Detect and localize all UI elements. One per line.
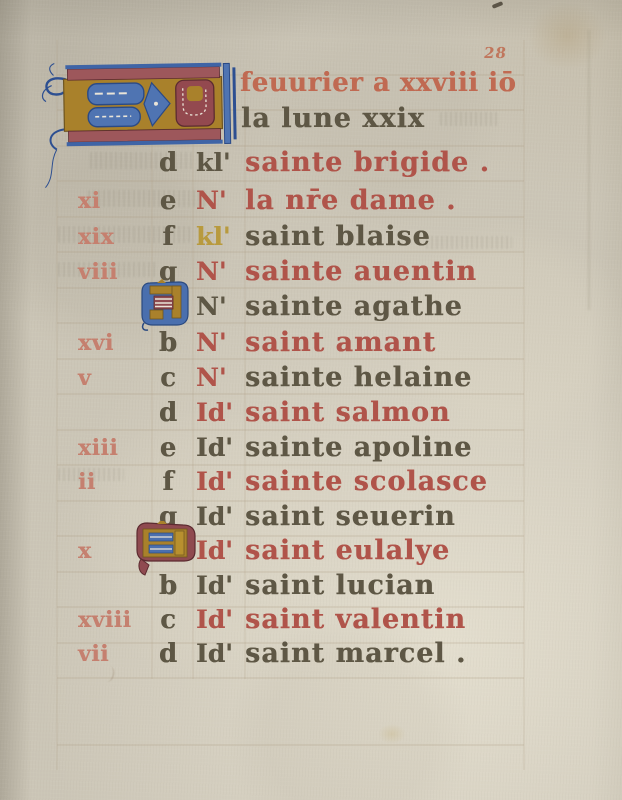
saint-name-cell: sainte scolasce xyxy=(245,465,488,499)
saint-name-cell: sainte helaine xyxy=(245,361,472,395)
golden-number-cell: v xyxy=(78,361,148,395)
calendar-row: iifId'sainte scolasce xyxy=(0,465,622,501)
saint-name-cell: sainte apoline xyxy=(245,431,472,465)
saint-name-cell: sainte brigide . xyxy=(245,146,490,180)
dominical-letter-cell: e xyxy=(150,431,186,465)
golden-number-cell: xix xyxy=(78,220,148,254)
golden-number-cell: vii xyxy=(78,637,148,671)
calendar-row: viidId'saint marcel . xyxy=(0,637,622,673)
saint-name-cell: saint seuerin xyxy=(245,500,456,534)
dominical-letter-cell: d xyxy=(150,637,186,671)
dominical-letter-cell: b xyxy=(150,326,186,360)
abbreviation-cell: kl' xyxy=(196,220,248,254)
dominical-letter-cell: c xyxy=(150,361,186,395)
abbreviation-cell: Id' xyxy=(196,465,248,499)
dominical-letter-cell: f xyxy=(150,465,186,499)
abbreviation-cell: Id' xyxy=(196,637,248,671)
dominical-letter-cell: c xyxy=(150,603,186,637)
saint-name-cell: saint lucian xyxy=(245,569,435,603)
saint-name-cell: saint amant xyxy=(245,326,436,360)
calendar-row: x Id'saint eulalye xyxy=(0,534,622,570)
saint-name-cell: saint blaise xyxy=(245,220,431,254)
dominical-letter-cell: d xyxy=(150,146,186,180)
calendar-row: dId'saint salmon xyxy=(0,396,622,432)
saint-name-cell: sainte agathe xyxy=(245,290,463,324)
manuscript-page: 28 feuurier a xxviii iō la lune xxix dkl… xyxy=(0,0,622,800)
calendar-rows: dkl'sainte brigide .xieN'la nr̄e dame .x… xyxy=(0,0,622,800)
calendar-row: bId'saint lucian xyxy=(0,569,622,605)
calendar-row: gId'saint seuerin xyxy=(0,500,622,536)
abbreviation-cell: Id' xyxy=(196,569,248,603)
saint-name-cell: sainte auentin xyxy=(245,255,477,289)
abbreviation-cell: N' xyxy=(196,326,248,360)
golden-number-cell: xviii xyxy=(78,603,148,637)
calendar-row: xvibN'saint amant xyxy=(0,326,622,362)
abbreviation-cell: Id' xyxy=(196,431,248,465)
abbreviation-cell: N' xyxy=(196,361,248,395)
dominical-letter-cell: b xyxy=(150,569,186,603)
illuminated-initial-a xyxy=(141,279,191,331)
abbreviation-cell: N' xyxy=(196,184,248,218)
golden-number-cell: ii xyxy=(78,465,148,499)
dominical-letter-cell: f xyxy=(150,220,186,254)
abbreviation-cell: N' xyxy=(196,255,248,289)
calendar-row: viiigN'sainte auentin xyxy=(0,255,622,291)
dominical-letter-cell: d xyxy=(150,396,186,430)
calendar-row: N'sainte agathe xyxy=(0,290,622,326)
abbreviation-cell: N' xyxy=(196,290,248,324)
abbreviation-cell: kl' xyxy=(196,146,248,180)
calendar-row: dkl'sainte brigide . xyxy=(0,146,622,182)
abbreviation-cell: Id' xyxy=(196,534,248,568)
saint-name-cell: saint eulalye xyxy=(245,534,450,568)
golden-number-cell: xiii xyxy=(78,431,148,465)
golden-number-cell: xi xyxy=(78,184,148,218)
calendar-row: xviiicId'saint valentin xyxy=(0,603,622,639)
calendar-row: vcN'sainte helaine xyxy=(0,361,622,397)
golden-number-cell: viii xyxy=(78,255,148,289)
golden-number-cell: xvi xyxy=(78,326,148,360)
calendar-row: xiiieId'sainte apoline xyxy=(0,431,622,467)
saint-name-cell: saint salmon xyxy=(245,396,451,430)
abbreviation-cell: Id' xyxy=(196,500,248,534)
saint-name-cell: saint marcel . xyxy=(245,637,466,671)
saint-name-cell: la nr̄e dame . xyxy=(245,184,457,218)
calendar-row: xixfkl'saint blaise xyxy=(0,220,622,256)
dominical-letter-cell: e xyxy=(150,184,186,218)
calendar-row: xieN'la nr̄e dame . xyxy=(0,184,622,220)
abbreviation-cell: Id' xyxy=(196,396,248,430)
saint-name-cell: saint valentin xyxy=(245,603,466,637)
abbreviation-cell: Id' xyxy=(196,603,248,637)
